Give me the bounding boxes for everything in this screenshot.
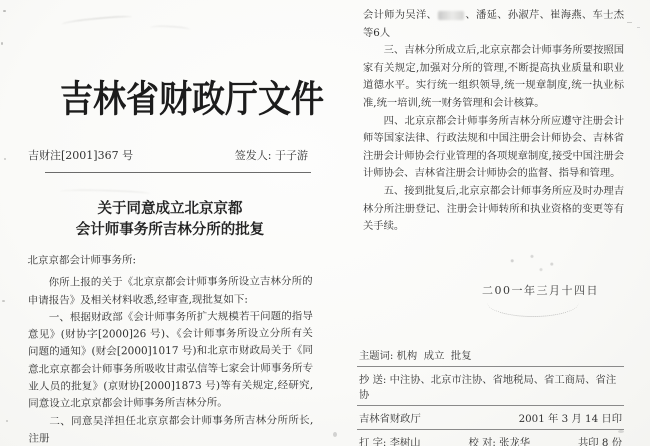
left-page-body: 北京京都会计师事务所: 你所上报的关于《北京京都会计师事务所设立吉林分所的申请报… [27,251,313,446]
continuation-text: 会计师为吴洋、 [363,9,437,21]
body-paragraph: 二、同意吴洋担任北京京都会计师事务所吉林分所所长,注册 [28,412,313,446]
body-paragraph: 你所上报的关于《北京京都会计师事务所设立吉林分所的申请报告》及相关材料收悉,经审… [28,274,313,310]
scan-speck [627,22,632,23]
scan-speck [618,430,624,433]
signer-label: 签发人: [235,149,275,162]
body-paragraph: 五、接到批复后,北京京都会计师事务所应及时办理吉林分所注册登记、注册会计师转所和… [363,183,624,236]
signer-name: 于子游 [275,149,308,162]
subject-value: 机构 成立 批复 [397,350,472,362]
document-date: 二00一年三月十四日 [482,282,599,298]
letterhead-title: 吉林省财政厅文件 [60,70,330,123]
typist-row: 打 字: 李树山 校 对: 张龙华 共印 8 份 [357,430,624,446]
pencil-scribble [62,15,132,27]
signer: 签发人: 于子游 [235,147,308,163]
cc-row: 抄 送: 中注协、北京市注协、省地税局、省工商局、省注协 [357,367,624,406]
body-paragraph: 一、根据财政部《会计师事务所扩大规模若干问题的指导意见》(财协字[2000]26… [28,308,314,413]
body-paragraph: 四、北京京都会计师事务所吉林分所应遵守注册会计师等国家法律、行政法规和中国注册会… [363,113,624,183]
salutation: 北京京都会计师事务所: [27,251,312,270]
cc-label: 抄 送: [359,374,390,386]
document-title: 关于同意成立北京京都 会计师事务所吉林分所的批复 [0,199,340,241]
scan-speck [4,158,6,160]
typist: 打 字: 李树山 [359,434,421,446]
document-title-line1: 关于同意成立北京京都 [0,199,340,220]
scan-speck [1,42,3,45]
print-date: 2001 年 3 月 14 日印 [519,410,622,425]
scan-speck [637,27,640,28]
typist-label: 打 字: [359,437,390,446]
body-paragraph-continuation: 会计师为吴洋、▒▒、潘延、孙淑芹、崔海燕、车士杰等6人 [363,7,624,42]
scanned-document: 吉林省财政厅文件 吉财注[2001]367 号 签发人: 于子游 关于同意成立北… [0,0,650,446]
header-divider [45,172,311,173]
copies-count: 共印 8 份 [578,434,622,446]
document-title-line2: 会计师事务所吉林分所的批复 [0,220,340,241]
proofreader-label: 校 对: [469,437,500,446]
illegible-name-smudge: ▒▒ [438,11,464,20]
scan-speck [2,300,5,302]
subject-row: 主题词: 机构 成立 批复 [357,343,624,367]
issuer-row: 吉林省财政厅 2001 年 3 月 14 日印 [357,406,624,430]
cc-value: 中注协、北京市注协、省地税局、省工商局、省注协 [359,374,616,401]
scan-speck [6,420,8,422]
subject-label: 主题词: [359,350,397,362]
document-number: 吉财注[2001]367 号 [28,147,133,163]
issuer-name: 吉林省财政厅 [359,410,421,425]
body-paragraph: 三、吉林分所成立后,北京京都会计师事务所要按照国家有关规定,加强对分所的管理,不… [363,42,624,112]
proofreader: 校 对: 张龙华 [469,434,531,446]
footer-block: 主题词: 机构 成立 批复 抄 送: 中注协、北京市注协、省地税局、省工商局、省… [357,343,624,446]
pencil-scribble [60,188,150,197]
pencil-scribble [150,25,190,34]
scan-speck [3,10,6,12]
seal-remnant [505,252,565,274]
scan-speck [333,432,337,437]
proofreader-name: 张龙华 [499,437,530,446]
document-number-row: 吉财注[2001]367 号 签发人: 于子游 [28,147,308,163]
typist-name: 李树山 [390,437,421,446]
right-page-body: 会计师为吴洋、▒▒、潘延、孙淑芹、崔海燕、车士杰等6人 三、吉林分所成立后,北京… [363,7,624,236]
